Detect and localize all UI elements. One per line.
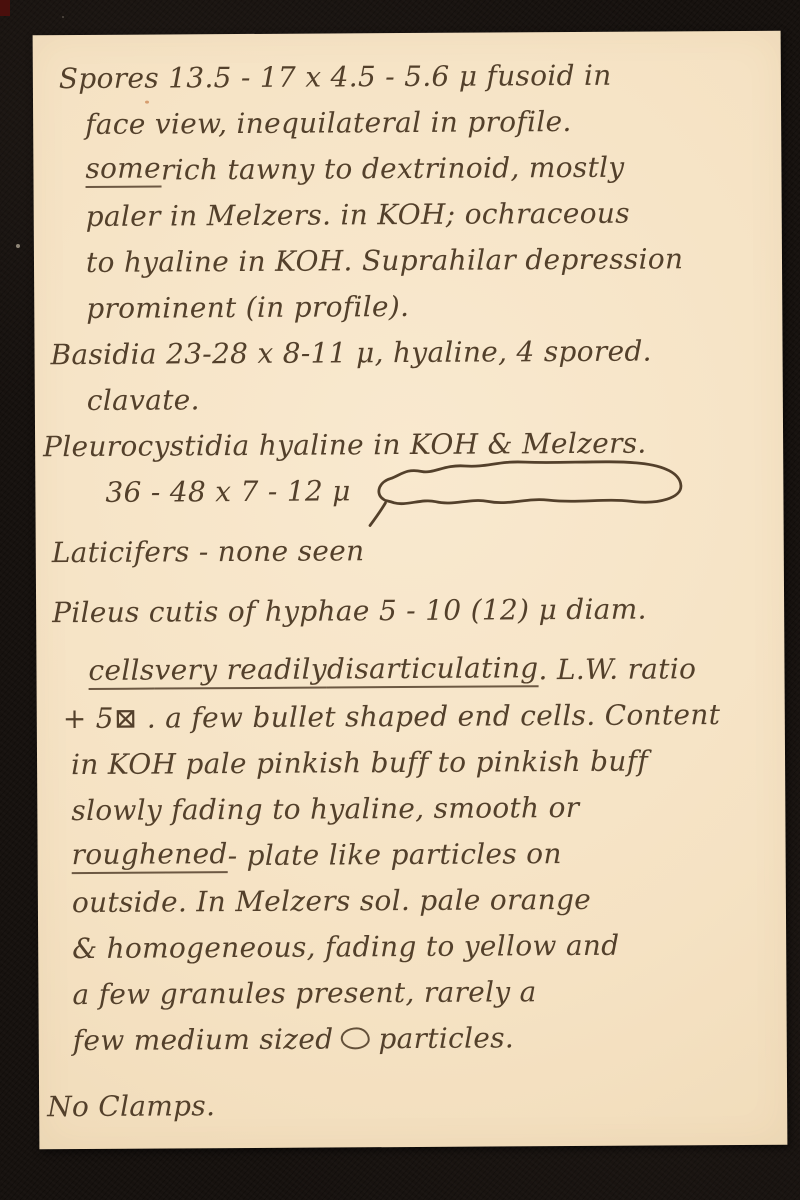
text-segment: Spores 13.5 - 17 x 4.5 - 5.6 μ fusoid in: [59, 58, 612, 94]
cystidium-sketch: [352, 447, 704, 527]
text-segment: prominent (in profile).: [86, 289, 409, 324]
text-segment: a few granules present, rarely a: [72, 975, 536, 1011]
photo-background: Spores 13.5 - 17 x 4.5 - 5.6 μ fusoid in…: [0, 0, 800, 1200]
handwritten-line: slowly fading to hyaline, smooth or: [37, 783, 785, 834]
handwritten-line: Basidia 23-28 x 8-11 μ, hyaline, 4 spore…: [34, 327, 782, 378]
text-segment: Pileus cutis of hyphae 5 - 10 (12) μ dia…: [52, 592, 647, 629]
text-segment: roughened: [72, 837, 228, 874]
text-segment: No Clamps.: [47, 1089, 215, 1123]
text-segment: in KOH pale pinkish buff to pinkish buff: [71, 744, 648, 781]
handwritten-line: clavate.: [35, 373, 783, 424]
dust-speck: [16, 244, 20, 248]
dust-speck: [62, 16, 64, 18]
handwritten-line: face view, inequilateral in profile.: [33, 97, 781, 148]
handwritten-line: some rich tawny to dextrinoid, mostly: [33, 143, 781, 194]
handwritten-line: Spores 13.5 - 17 x 4.5 - 5.6 μ fusoid in: [33, 51, 781, 102]
handwritten-line: prominent (in profile).: [34, 281, 782, 332]
text-segment: particles.: [378, 1021, 514, 1055]
handwritten-line: in KOH pale pinkish buff to pinkish buff: [37, 737, 785, 788]
handwritten-line: No Clamps.: [39, 1079, 787, 1130]
handwritten-line: roughened - plate like particles on: [37, 829, 785, 880]
text-segment: some: [85, 152, 161, 188]
text-segment: very readily: [154, 653, 327, 690]
text-segment: outside. In Melzers sol. pale orange: [72, 882, 591, 918]
text-segment: Laticifers - none seen: [52, 534, 365, 569]
text-segment: 36 - 48 x 7 - 12 μ: [105, 474, 351, 508]
text-segment: slowly fading to hyaline, smooth or: [71, 790, 579, 826]
handwritten-note: Spores 13.5 - 17 x 4.5 - 5.6 μ fusoid in…: [33, 51, 788, 1130]
handwritten-line: 36 - 48 x 7 - 12 μ: [35, 465, 783, 516]
text-segment: face view, inequilateral in profile.: [85, 105, 572, 141]
handwritten-line: Pileus cutis of hyphae 5 - 10 (12) μ dia…: [36, 585, 784, 636]
particle-circle-sketch: [340, 1027, 369, 1049]
text-segment: + 5⊠ . a few bullet shaped end cells. Co…: [63, 698, 721, 735]
text-segment: - plate like particles on: [228, 837, 562, 872]
text-segment: . L.W. ratio: [538, 652, 696, 686]
text-segment: to hyaline in KOH. Suprahilar depression: [86, 242, 683, 279]
handwritten-line: Laticifers - none seen: [36, 525, 784, 576]
index-card: Spores 13.5 - 17 x 4.5 - 5.6 μ fusoid in…: [33, 31, 788, 1150]
handwritten-line: + 5⊠ . a few bullet shaped end cells. Co…: [37, 691, 785, 742]
handwritten-line: a few granules present, rarely a: [38, 967, 786, 1018]
handwritten-line: cells very readily disarticulating. L.W.…: [36, 645, 784, 696]
handwritten-line: few medium sized particles.: [39, 1013, 787, 1064]
handwritten-line: outside. In Melzers sol. pale orange: [38, 875, 786, 926]
text-segment: & homogeneous, fading to yellow and: [72, 928, 619, 964]
text-segment: disarticulating: [327, 651, 539, 688]
handwritten-line: & homogeneous, fading to yellow and: [38, 921, 786, 972]
red-corner-mark: [0, 0, 10, 16]
text-segment: paler in Melzers. in KOH; ochraceous: [86, 196, 630, 232]
text-segment: rich tawny to dextrinoid, mostly: [161, 150, 625, 186]
handwritten-line: paler in Melzers. in KOH; ochraceous: [34, 189, 782, 240]
text-segment: few medium sized: [73, 1022, 334, 1057]
text-segment: clavate.: [87, 383, 200, 417]
text-segment: cells: [88, 654, 154, 690]
text-segment: Basidia 23-28 x 8-11 μ, hyaline, 4 spore…: [50, 334, 651, 371]
handwritten-line: to hyaline in KOH. Suprahilar depression: [34, 235, 782, 286]
